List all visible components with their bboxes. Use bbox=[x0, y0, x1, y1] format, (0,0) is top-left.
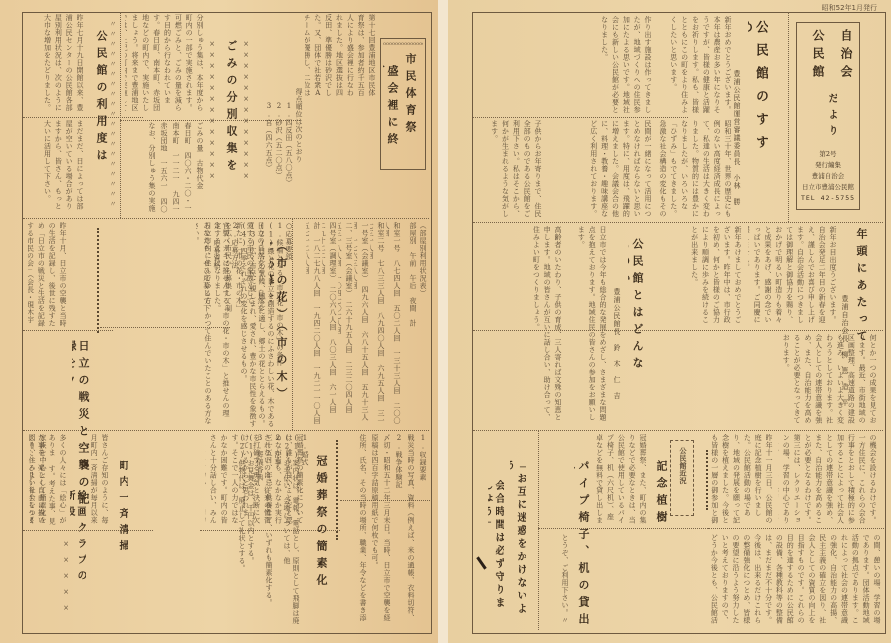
text-column: 三十五日、年忌、供養など、いずれも簡素化する。 bbox=[265, 434, 274, 628]
text-column: 1.婚式 bbox=[301, 434, 310, 628]
new-year-title: 年頭にあたって bbox=[852, 228, 868, 348]
new-year-body3: の機会を設けるわけです。一方住民に、これらの会合行事をとおして積極的に参加するこ… bbox=[778, 434, 878, 528]
publisher-org: 豊浦自治会 bbox=[797, 171, 859, 182]
text-column: (2)日立の気候、風土に適し、郷土の花ととらえるもの。 bbox=[258, 222, 267, 428]
ornament-x: ×××××××××××××××××× bbox=[208, 40, 216, 180]
text-column: 2.戦争体験記 bbox=[392, 434, 404, 628]
divider bbox=[708, 528, 884, 529]
text-column: 四号室（調理室） 二〇六八人回 八〇三人回 六一人回 二九十二二人回 bbox=[322, 222, 338, 428]
masthead-title-line2: 公民館 bbox=[811, 29, 825, 99]
new-year-body2: 何とか一つの成果を見ております。最近、市街地域の区画整理、高速道路の建設も進み、… bbox=[748, 334, 878, 428]
ornament: ooooooooooooooooo bbox=[383, 41, 423, 47]
pipe-chairs-body: 冠婚葬祭、また、町内の集りなどで必要なときは、当公民館で使用しているパイプ椅子、… bbox=[594, 434, 648, 526]
text-column: (4)四季それぞれの変化を感じさせるもの。 bbox=[240, 222, 249, 428]
text-column: ○応募要領 bbox=[285, 222, 294, 428]
what-is-byline: 豊浦公民館長 鈴 木 仁 吉 bbox=[614, 288, 622, 418]
slogan-line1: 「お互に迷惑をかけないよう bbox=[510, 460, 526, 620]
text-column: 1.候補となる「市の花・市の木」の条件 bbox=[276, 222, 285, 428]
art-club-title: 絵画クラブの新設 bbox=[70, 490, 86, 600]
page-right: 昭和52年1月発行 自治会 公民館 だより 第2号 発行編集 豊浦自治会 日立市… bbox=[448, 0, 891, 643]
garbage-title: ごみの分別収集を bbox=[218, 40, 238, 180]
pipe-chairs-title: パイプ椅子、机の貸出し bbox=[574, 460, 590, 630]
text-column: 官製ハガキに推せんする「市の花・市の木」と推せんの理由、住所、氏名、年令、職業を… bbox=[222, 222, 231, 428]
sports-title-box: ooooooooooooooooo 市民体育祭 盛会裡に終了 bbox=[380, 38, 426, 170]
ornament: 〃〃〃〃〃〃〃〃〃〃〃〃〃〃〃〃〃〃〃〃〃 bbox=[110, 20, 118, 210]
war-record-body: 昨年十月、日立市の空襲と当時の生活を記録し、後世に残すため「日立市の戦災と生活を… bbox=[28, 222, 68, 330]
text-column: (1)案内状は、電報、電話とし、原則として飛脚は廃止する。 bbox=[292, 434, 301, 628]
ornament-x: ×××××××××××××××××× bbox=[242, 40, 250, 180]
divider bbox=[788, 12, 789, 222]
sports-body: 第十七回豊浦地区市民体育祭は、参加者約千五百人により盛会裡に行なわれました。地区… bbox=[305, 14, 377, 99]
text-column: (3)広く市民に親しまれ、愛され、豊かな市民性を象徴するもの。 bbox=[249, 222, 258, 428]
ceremonies-title: 冠婚葬祭の簡素化 bbox=[310, 455, 328, 605]
text-column: (1)緑と花の日立を創造するのにふさわしい花、木であること。 bbox=[267, 222, 276, 428]
page-gutter bbox=[438, 0, 448, 643]
pipe-chairs-note: とうぞ、ご利用下さい。〃 bbox=[548, 534, 570, 628]
usage-body2: まだまだ、日によっては部屋が空いている場合がありますから、皆さん、もっと大いに活… bbox=[30, 120, 85, 216]
commemorative-body: 昨年十一月三日、公民館の庭に記念植樹を行いました。公民館活動の場であり、地域の発… bbox=[710, 434, 774, 526]
text-column: 春日町 四〇六・二〇・一〇八円 bbox=[181, 122, 193, 216]
text-column: 3.葬儀香典 bbox=[256, 434, 265, 628]
new-year-body1: 新年お目出度うございます。自治会発足二年目の新春を迎え、謹しんでお喜び申し上げま… bbox=[748, 226, 838, 328]
text-column: 戦災当時の写真、資料（例えば、米の通帳、衣料切符、千人針、日の丸の寄せ書、戦地か… bbox=[404, 434, 416, 628]
text-column: 南本町 一一二一 九四一三円 bbox=[169, 122, 181, 216]
masthead-title-line3: だより bbox=[823, 93, 837, 143]
kominkan-susume-body5: 子供からお年寄りまで、住民全部のものである公民館をご利用下さい。私はそこから、何… bbox=[478, 120, 543, 220]
text-column: 1.収録要素 bbox=[416, 434, 428, 628]
text-column: 2.応募方法 bbox=[231, 222, 240, 428]
commemorative-title: 記念植樹 bbox=[652, 460, 668, 560]
kinkyo-label-box: 公民館近況 bbox=[670, 440, 694, 516]
text-column: 部屋別 午前 午后 夜間 計 bbox=[402, 222, 418, 428]
issue-number: 第2号 bbox=[797, 149, 859, 160]
garbage-body: 分別しゅう集は、本年度から町内の一部で実施されます。可燃ごみと、ごみの量を減らす… bbox=[125, 14, 205, 118]
text-column: 3.宮（四六五点） bbox=[264, 102, 274, 220]
page-left: ooooooooooooooooo 市民体育祭 盛会裡に終了 第十七回豊浦地区市… bbox=[0, 0, 438, 643]
text-column: ごみの量 古物代金 bbox=[193, 122, 205, 216]
what-is-body3: 高齢者のいたわり、子供の育成、三人寄れば文殊の知恵と申します。地域の皆さんが互い… bbox=[478, 226, 563, 426]
divider bbox=[23, 330, 113, 331]
text-column: 計 一八二七九八人回 一九四二〇人回 一九二一一〇人回 五七一二八人回 bbox=[306, 222, 322, 428]
sports-title-line2: 盛会裡に終了 bbox=[383, 65, 399, 165]
text-column: 赤坂団地 一五六一 四〇五三円 bbox=[157, 122, 169, 216]
masthead-title-line1: 自治会 bbox=[839, 29, 853, 99]
masthead-info: 第2号 発行編集 豊浦自治会 日立市豊浦公民館 TEL 42-5755 bbox=[797, 149, 859, 204]
usage-title: 公民館の利用度は bbox=[90, 30, 108, 190]
room-usage-table: 部屋別 午前 午后 夜間 計和室一号 八七四人回 五〇二人回 一三十三人回 二〇… bbox=[298, 222, 418, 428]
text-column: 一号室（会議室） 四九六人回 六八十五人回 五九十三人回 一七六三八人回 bbox=[354, 222, 370, 428]
publisher-hall: 日立市豊浦公民館 bbox=[797, 182, 859, 193]
kominkan-susume-body3: 作り出す施設は作ってきましたが、地域づくりへの住民参加にたよる思いです。地域社会… bbox=[478, 16, 653, 116]
usage-body1: 昨年七月十九日開館以来、豊浦公民センターの公民館各部屋別利用状況は、次のように大… bbox=[30, 14, 85, 114]
masthead: 自治会 公民館 だより 第2号 発行編集 豊浦自治会 日立市豊浦公民館 TEL … bbox=[796, 22, 860, 210]
kominkan-susume-title: 公民館のすすめ bbox=[748, 20, 768, 160]
sports-title-line1: 市民体育祭 bbox=[401, 53, 417, 163]
divider bbox=[120, 12, 121, 218]
what-is-title: 公民館とはどんなものか bbox=[628, 238, 644, 378]
text-column: (2)お手伝い、会場については、他 bbox=[283, 434, 292, 628]
text-column: 二、三号室（会議室） 二六十九五人回 二三二〇四人回 五三一八人回 一〇四七〇七… bbox=[338, 222, 354, 428]
art-club-body: 多くの人々には「絵心」がありま す。考えた事、見た事を、楽しく自由に描いて見たい… bbox=[30, 434, 68, 528]
divider bbox=[473, 430, 883, 431]
cleanup-title: 町内一斉清掃 bbox=[112, 460, 128, 560]
cleanup-body: 皆さんご存知のように、毎月町内一斉清掃が毎月以来実施されています。第一日曜日は六… bbox=[88, 434, 110, 528]
text-column: 日立市内に住んでいる方、かつて住んでいたことのある方ならどなたでも応募できます。 bbox=[204, 222, 213, 428]
text-column: 2.砂沢（五二〇点） bbox=[274, 102, 284, 220]
divider bbox=[23, 218, 429, 219]
divider bbox=[538, 430, 539, 630]
ceremonies-items: 1.婚式(1)案内状は、電報、電話とし、原則として飛脚は廃止する。(2)お手伝い… bbox=[160, 434, 310, 628]
text-column: なお、分別しゅう集の実施の細部については、公民館に問合せ下さい。 bbox=[145, 122, 157, 216]
text-column: 和室一号 八七四人回 五〇二人回 一三十三人回 二〇〇人回 bbox=[386, 222, 402, 428]
text-column: 住所、氏名、その当時の場所、職業、年令などを書き添えて下さい。 bbox=[356, 434, 368, 628]
divider bbox=[538, 528, 708, 529]
telephone: TEL 42-5755 bbox=[797, 193, 859, 204]
divider bbox=[23, 530, 153, 531]
kominkan-susume-body1: 新年おめでとうございます。本年は農産お多い年になりそうですが、皆様の健康と活躍を… bbox=[658, 16, 733, 116]
what-is-body2: 日立市では今年も総合的な発展をめざし、さまざまな問題点を抱えております。地域住民… bbox=[568, 226, 608, 426]
text-column: 原稿は四百字詰原稿用紙で何枚でも可。 bbox=[368, 434, 380, 628]
room-table-caption: （部屋別利用状況表） bbox=[420, 222, 428, 322]
text-column: 和室二号 七八三三人回 八九四〇人回 六九五人回 三一七三一人回 bbox=[370, 222, 386, 428]
text-column: 2.法事 bbox=[274, 434, 283, 628]
wavy-divider bbox=[706, 450, 708, 510]
text-column: (1)お見舞金は、千円以内とする。 bbox=[247, 434, 256, 628]
kinkyo-label: 公民館近況 bbox=[678, 447, 688, 509]
text-column: 3.応募資格 bbox=[213, 222, 222, 428]
kominkan-susume-body4: 民間が一緒になって活用につとめなければならないと思います。特に、用度は、飛躍的に… bbox=[548, 120, 653, 220]
garbage-schedule: ごみの量 古物代金春日町 四〇六・二〇・一〇八円南本町 一一二一 九四一三円赤坂… bbox=[125, 122, 205, 216]
divider bbox=[473, 222, 883, 223]
standings-label: 得点順位は次のとおりです。 bbox=[296, 88, 304, 168]
kominkan-susume-body2: 昭和三十年、世界の歴史にも例のない高度経済成長によって、私達の生活は大きく変わり… bbox=[658, 120, 733, 220]
kominkan-susume-byline: 豊浦公民館運営審議委員長 小林 勝 二 bbox=[734, 70, 742, 220]
wavy-divider bbox=[336, 440, 338, 540]
ornament-x: ×××××××××× bbox=[30, 540, 70, 620]
text-column: (2)供物代は、廃止して礼状とする。 bbox=[238, 434, 247, 628]
flower-tree-sections: ○応募要領1.候補となる「市の花・市の木」の条件(1)緑と花の日立を創造するのに… bbox=[104, 222, 294, 428]
text-column: 〆切・昭和五十二年三月末日。当時、日立市で空襲を経験された方の当時の様子を記述し… bbox=[380, 434, 392, 628]
publisher-label: 発行編集 bbox=[797, 160, 859, 171]
wavy-divider bbox=[97, 228, 99, 333]
text-column: 1.四反田（五八〇点） bbox=[284, 102, 294, 220]
what-is-body1: 新年あけましておめでとうございます。昨年中は、市行政を初め、何かと皆様のご協力に… bbox=[648, 226, 743, 328]
divider bbox=[473, 117, 688, 118]
slogan-line2: 会合時間は必ず守りましょう」 bbox=[488, 480, 504, 620]
war-record-items: 1.収録要素戦災当時の写真、資料（例えば、米の通帳、衣料切符、千人針、日の丸の寄… bbox=[344, 434, 428, 628]
new-year-body4: の間、憩いの場、学習の場であります。団体活動地域活動の拠点であります。これによっ… bbox=[708, 534, 882, 628]
